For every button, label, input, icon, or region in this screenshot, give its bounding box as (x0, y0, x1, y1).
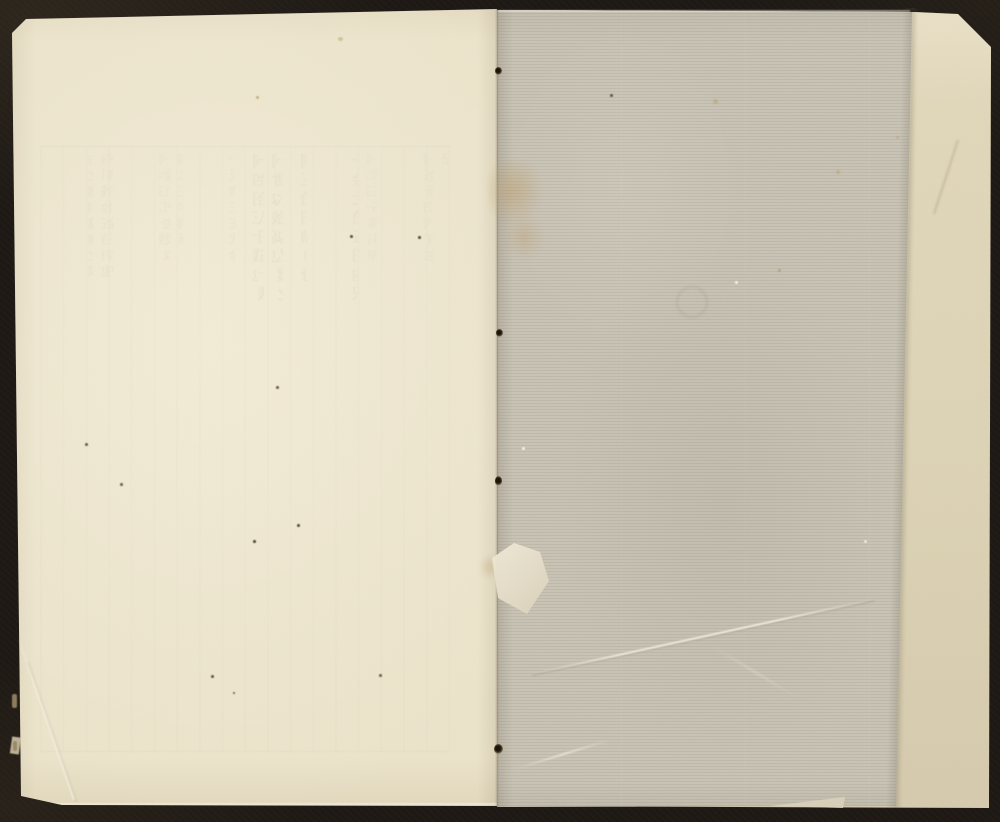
foxing-speck (350, 235, 353, 238)
bleedthrough-text-column: 内引残金五拾円也 (101, 153, 107, 745)
bleedthrough-text-column: 同五十円利子共 (423, 153, 429, 745)
foxing-speck (120, 483, 123, 486)
right-interleaf-sheet (497, 10, 913, 807)
foxing-speck (233, 692, 235, 694)
page-bottom-edge-highlight (12, 803, 497, 805)
bleedthrough-text-column: 同廿匁残高也 (272, 153, 278, 745)
foxing-speck (418, 236, 421, 239)
foxing-speck (338, 37, 343, 41)
page-stub (12, 694, 17, 708)
bleedthrough-text-column: 一金九円也受取 (164, 153, 170, 745)
foxing-speck (713, 99, 718, 104)
bleedthrough-text-column: 一米三石四斗納 (372, 153, 378, 745)
bleedthrough-text-column: 同六円二十銭 (159, 153, 165, 745)
foxing-speck (297, 524, 300, 527)
sheet-top-edge-highlight (498, 10, 910, 12)
foxing-speck (211, 675, 214, 678)
foxing-speck (85, 443, 88, 446)
foxing-speck (836, 170, 840, 174)
foxing-speck (253, 540, 256, 543)
bleedthrough-text-column: 一銀六拾匁払渡之 (278, 153, 284, 745)
bleedthrough-text-column: 一金拾八円五十銭 (258, 153, 264, 745)
book-photograph: 記一金百二十円也同五十円利子共一米三石四斗納同二石一斗五升一金七拾五円内訳同三拾… (0, 0, 1000, 822)
foxing-speck (778, 269, 781, 272)
foxing-speck (864, 540, 867, 543)
stitch-hole-2 (496, 329, 503, 337)
stitch-hole-3 (495, 476, 502, 486)
foxing-speck (256, 96, 259, 99)
page-stub (13, 741, 17, 751)
bleedthrough-text-column: 右之通相違無之候 (88, 153, 94, 745)
bleedthrough-text-column: 同三拾円預り分 (301, 153, 307, 745)
foxing-speck (276, 386, 279, 389)
foxing-speck (610, 94, 613, 97)
foxing-speck (522, 447, 525, 450)
bleedthrough-text-column: 同二石一斗五升 (366, 153, 372, 745)
foxing-speck (379, 674, 382, 677)
left-page: 記一金百二十円也同五十円利子共一米三石四斗納同二石一斗五升一金七拾五円内訳同三拾… (12, 9, 497, 806)
foxing-speck (735, 281, 738, 284)
bleedthrough-layer: 記一金百二十円也同五十円利子共一米三石四斗納同二石一斗五升一金七拾五円内訳同三拾… (40, 146, 450, 752)
ring-stain (676, 286, 708, 318)
bleedthrough-text-column: 一金七拾五円内訳 (353, 153, 359, 745)
stitch-hole-4 (494, 744, 503, 754)
gutter-stain (488, 162, 550, 266)
bleedthrough-text-column: 〆高合計金三百円 (107, 153, 113, 745)
bleedthrough-text-column: 一金百二十円也 (429, 153, 435, 745)
foxing-speck (896, 136, 899, 139)
bleedthrough-text-column: 同四円三十銭也 (253, 153, 259, 745)
bleedthrough-text-column: 同二疋半同断 (178, 153, 184, 745)
bleedthrough-text-column: 記 (442, 153, 448, 745)
stitch-hole-1 (495, 67, 502, 75)
gutter-shadow (495, 9, 499, 807)
bleedthrough-text-column: 一反物三疋代金 (229, 153, 235, 745)
